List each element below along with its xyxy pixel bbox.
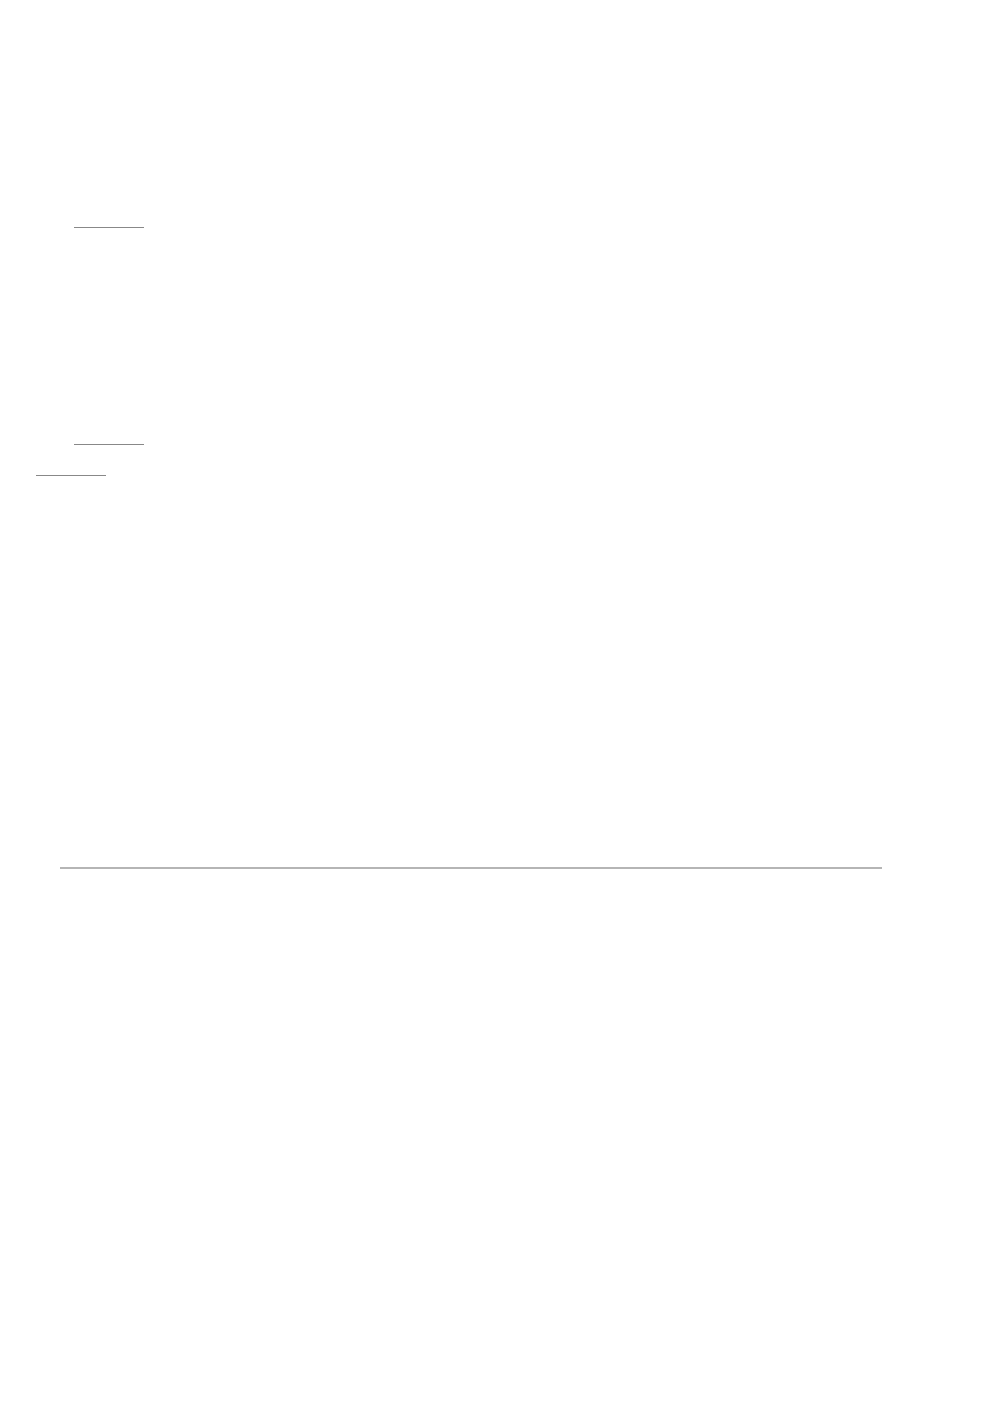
exam-page [0,0,1000,1403]
blank-1 [74,227,144,228]
answer-line-20[interactable] [60,867,882,869]
blank-3 [36,475,106,476]
blank-2 [74,444,144,445]
passage-line [74,208,924,236]
passage-line [74,425,924,453]
passage-line [36,456,886,484]
